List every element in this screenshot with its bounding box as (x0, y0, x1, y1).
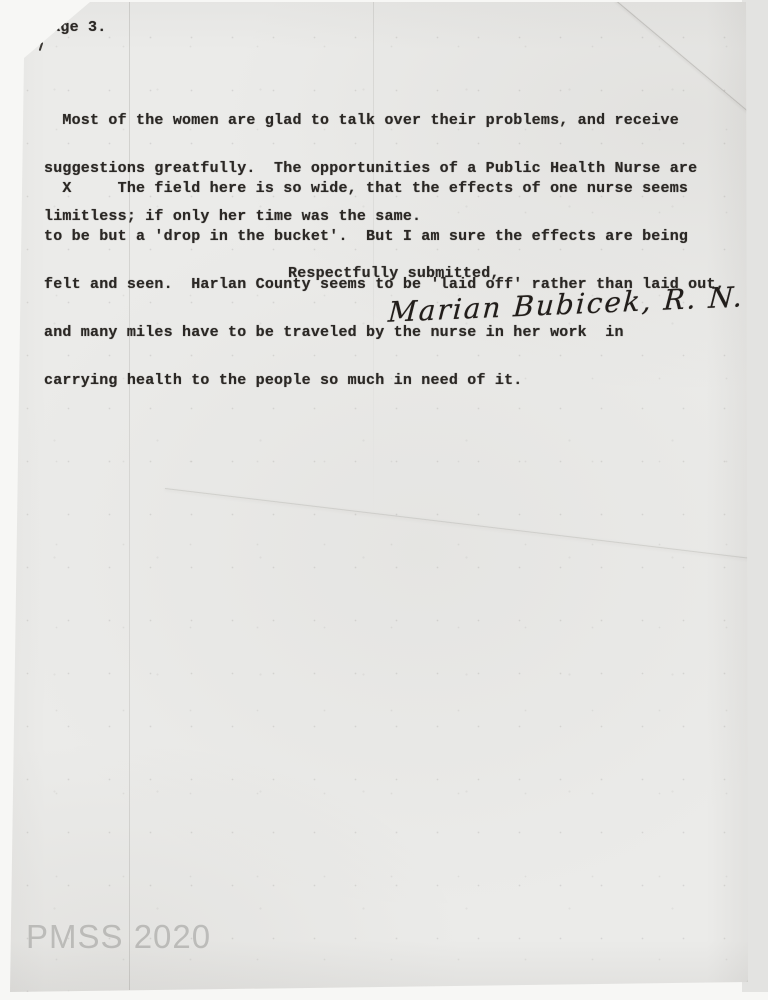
top-right-corner-crease (615, 0, 768, 129)
closing-line: Respectfully submitted, (288, 266, 500, 282)
pen-mark (39, 42, 44, 51)
vertical-fold-crease (129, 2, 130, 990)
typed-line: Most of the women are glad to talk over … (44, 113, 697, 129)
pen-mark (34, 8, 38, 17)
typed-line: and many miles have to be traveled by th… (44, 325, 725, 341)
typed-line: limitless; if only her time was the same… (44, 209, 697, 225)
page-number-label: page 3. (42, 20, 106, 36)
typed-line: suggestions greatfully. The opportunitie… (44, 161, 697, 177)
handwritten-signature: Marian Bubicek, R. N. (387, 280, 745, 329)
mid-page-crease (165, 488, 768, 561)
letter-paper: page 3. Most of the women are glad to ta… (0, 0, 768, 1000)
typed-line: felt and seen. Harlan County seems to be… (44, 277, 725, 293)
typed-line: X The field here is so wide, that the ef… (44, 181, 725, 197)
typed-line: carrying health to the people so much in… (44, 373, 725, 389)
vertical-fold-crease-faint (373, 2, 374, 522)
typed-line: to be but a 'drop in the bucket'. But I … (44, 229, 725, 245)
scanned-letter-page: { "page": { "label": "page 3." }, "body"… (0, 0, 768, 1000)
paragraph-1: Most of the women are glad to talk over … (44, 81, 697, 257)
archive-watermark: PMSS 2020 (26, 918, 211, 956)
paragraph-2: X The field here is so wide, that the ef… (44, 149, 725, 421)
